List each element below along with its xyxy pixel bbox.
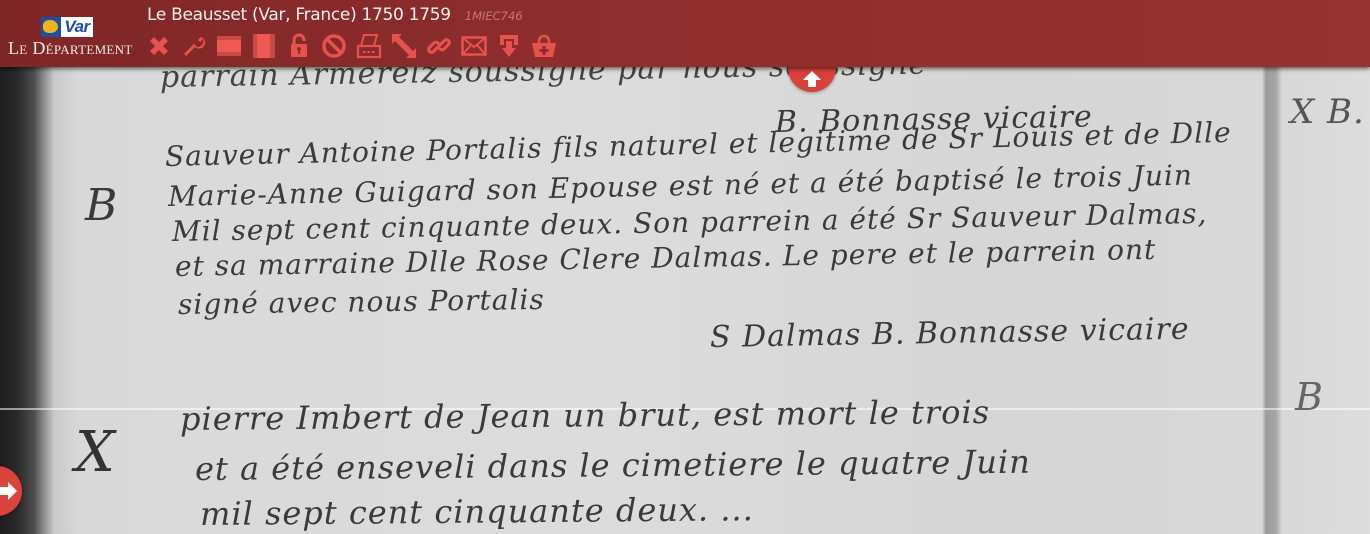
handwriting-line: signé avec nous Portalis	[178, 283, 545, 321]
arrow-right-icon	[0, 481, 18, 501]
unlock-button[interactable]	[285, 32, 313, 60]
var-badge-text: Var	[61, 17, 93, 37]
scanned-register-page[interactable]: parrain Armerelz soussigné par nous sous…	[0, 0, 1370, 534]
mail-button[interactable]	[460, 32, 488, 60]
link-button[interactable]	[425, 32, 453, 60]
fit-width-button[interactable]	[215, 32, 243, 60]
handwriting-signature: S Dalmas B. Bonnasse vicaire	[710, 312, 1190, 355]
fullscreen-button[interactable]	[390, 32, 418, 60]
viewer-header: Var Le Département Le Beausset (Var, Fra…	[0, 0, 1370, 67]
document-title: Le Beausset (Var, France) 1750 1759	[147, 5, 451, 25]
fullscreen-icon	[391, 33, 417, 59]
fit-height-icon	[251, 33, 277, 59]
print-button[interactable]	[355, 32, 383, 60]
download-button[interactable]	[495, 32, 523, 60]
margin-mark: B	[85, 180, 118, 231]
handwriting-line: et a été enseveli dans le cimetiere le q…	[195, 443, 1031, 488]
forbidden-button[interactable]	[320, 32, 348, 60]
handwriting-line: mil sept cent cinquante deux. ...	[200, 490, 754, 533]
toolbar	[145, 31, 565, 61]
basket-add-icon	[531, 33, 557, 59]
basket-add-button[interactable]	[530, 32, 558, 60]
unlock-icon	[286, 33, 312, 59]
fit-width-icon	[216, 33, 242, 59]
arrow-up-icon	[802, 70, 822, 88]
handwriting-line: pierre Imbert de Jean un brut, est mort …	[180, 393, 990, 438]
margin-mark: X B.	[1290, 92, 1365, 132]
tools-button[interactable]	[180, 32, 208, 60]
mail-icon	[461, 33, 487, 59]
department-logo[interactable]: Var Le Département	[0, 0, 134, 67]
var-map-icon	[41, 17, 61, 37]
document-cote: 1MIEC746	[465, 9, 523, 23]
margin-mark: X	[75, 420, 116, 485]
title-row: Le Beausset (Var, France) 1750 1759 1MIE…	[147, 5, 523, 27]
close-button[interactable]	[145, 32, 173, 60]
fit-height-button[interactable]	[250, 32, 278, 60]
var-badge: Var	[41, 17, 93, 37]
link-icon	[426, 33, 452, 59]
download-icon	[496, 33, 522, 59]
close-icon	[146, 33, 172, 59]
forbidden-icon	[321, 33, 347, 59]
document-viewer: parrain Armerelz soussigné par nous sous…	[0, 0, 1370, 534]
margin-mark: B	[1295, 375, 1324, 419]
department-text: Le Département	[8, 38, 133, 59]
wrench-icon	[181, 33, 207, 59]
print-icon	[356, 33, 382, 59]
